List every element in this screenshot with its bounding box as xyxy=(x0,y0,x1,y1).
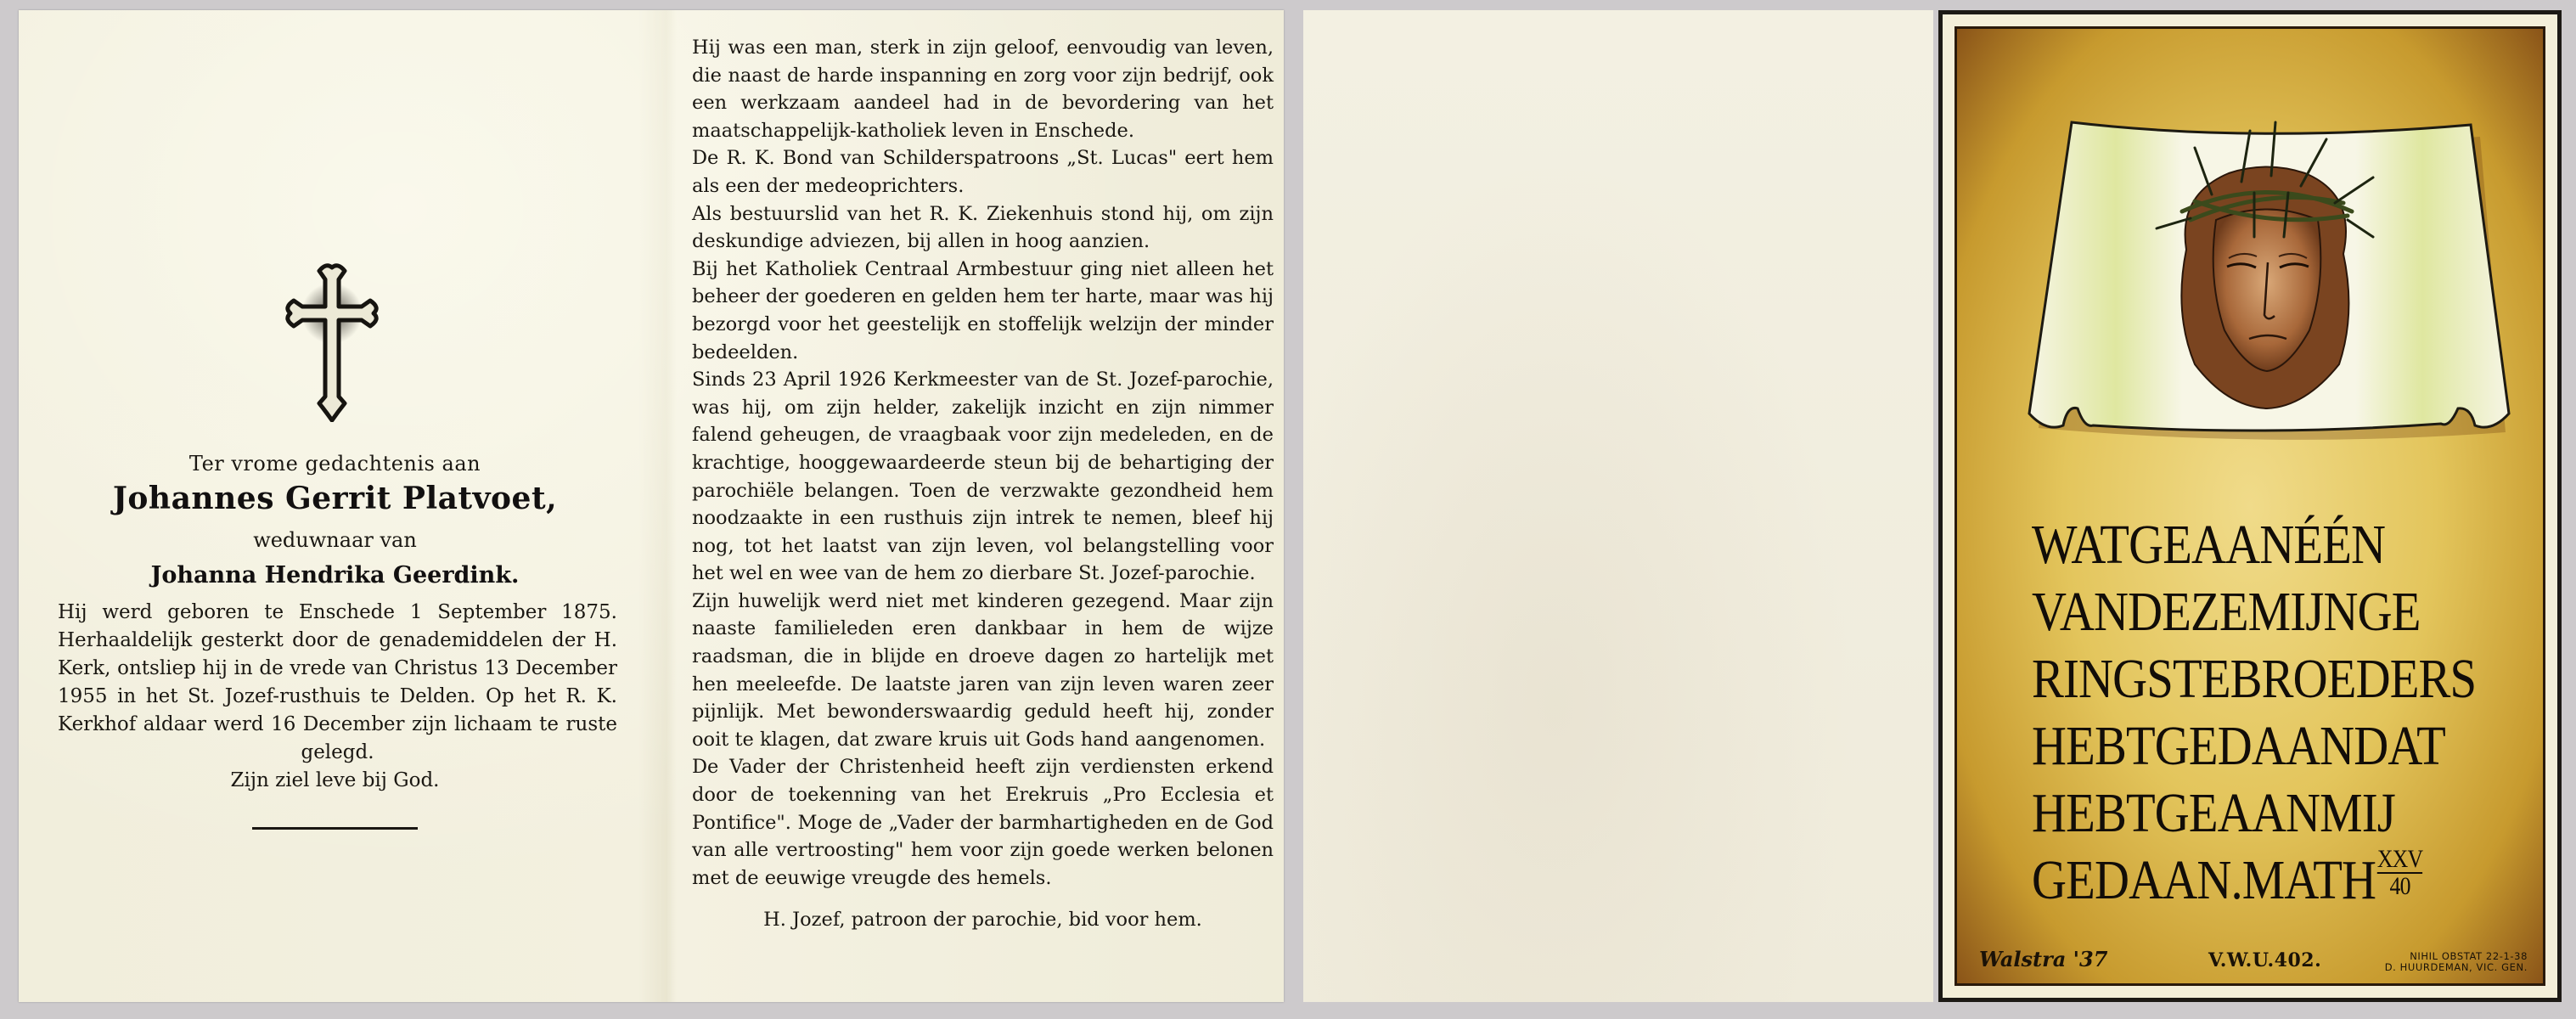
bio-paragraph: Bij het Katholiek Centraal Armbestuur gi… xyxy=(692,256,1274,366)
gold-panel: WATGEAANÉÉN VANDEZEMIJNGE RINGSTEBROEDER… xyxy=(1954,26,2545,986)
divider-rule xyxy=(252,827,418,830)
deceased-name: Johannes Gerrit Platvoet, xyxy=(53,481,617,516)
reference-verse: 40 xyxy=(2377,872,2422,899)
vicar-general: D. Huurdeman, Vic. Gen. xyxy=(2385,962,2528,973)
relation-text: weduwnaar van xyxy=(53,528,617,552)
lettering-line: VANDEZEMIJNGE xyxy=(2032,578,2490,645)
bio-paragraph: De Vader der Christenheid heeft zijn ver… xyxy=(692,753,1274,892)
lettering-line-last: GEDAAN.MATHXXV40 xyxy=(2032,847,2490,914)
picture-frame: WATGEAANÉÉN VANDEZEMIJNGE RINGSTEBROEDER… xyxy=(1938,10,2562,1002)
holy-picture-card: WATGEAANÉÉN VANDEZEMIJNGE RINGSTEBROEDER… xyxy=(1303,10,2562,1002)
artist-signature: Walstra '37 xyxy=(1979,947,2107,971)
picture-footer: Walstra '37 V.W.U.402. Nihil obstat 22-1… xyxy=(1979,937,2528,975)
lettering-text: GEDAAN.MATH xyxy=(2032,849,2376,911)
closing-prayer: H. Jozef, patroon der parochie, bid voor… xyxy=(692,906,1274,934)
birth-death-details: Hij werd geboren te Enschede 1 September… xyxy=(53,599,617,767)
lettering-line: RINGSTEBROEDERS xyxy=(2032,645,2490,712)
bio-paragraph: Als bestuurslid van het R. K. Ziekenhuis… xyxy=(692,200,1274,256)
lettering-line: WATGEAANÉÉN xyxy=(2032,511,2490,578)
print-code: V.W.U.402. xyxy=(2208,949,2321,971)
bio-paragraph: De R. K. Bond van Schilderspatroons „St.… xyxy=(692,144,1274,200)
reference-chapter: XXV xyxy=(2377,847,2422,872)
memorial-front-page: Ter vrome gedachtenis aan Johannes Gerri… xyxy=(19,10,651,1002)
imprimatur: Nihil obstat 22-1-38 D. Huurdeman, Vic. … xyxy=(2385,951,2528,973)
closing-blessing: Zijn ziel leve bij God. xyxy=(53,767,617,795)
veil-of-veronica-icon xyxy=(1999,93,2534,458)
blank-inner-page xyxy=(1303,10,1933,1002)
spouse-name: Johanna Hendrika Geerdink. xyxy=(53,562,617,588)
memorial-text: Ter vrome gedachtenis aan Johannes Gerri… xyxy=(53,452,617,830)
bio-paragraph: Zijn huwelijk werd niet met kinderen gez… xyxy=(692,588,1274,754)
scripture-lettering: WATGEAANÉÉN VANDEZEMIJNGE RINGSTEBROEDER… xyxy=(2032,511,2490,914)
lettering-line: HEBTGEDAANDAT xyxy=(2032,712,2490,780)
lettering-line: HEBTGEAANMIJ xyxy=(2032,780,2490,847)
memorial-card: Ter vrome gedachtenis aan Johannes Gerri… xyxy=(19,10,1284,1002)
scripture-reference: XXV40 xyxy=(2377,847,2422,899)
memorial-intro: Ter vrome gedachtenis aan xyxy=(53,452,617,476)
cross-icon xyxy=(277,261,387,422)
biography-page: Hij was een man, sterk in zijn geloof, e… xyxy=(668,10,1284,1002)
bio-paragraph: Sinds 23 April 1926 Kerkmeester van de S… xyxy=(692,366,1274,588)
biography-text: Hij was een man, sterk in zijn geloof, e… xyxy=(692,34,1274,934)
bio-paragraph: Hij was een man, sterk in zijn geloof, e… xyxy=(692,34,1274,144)
